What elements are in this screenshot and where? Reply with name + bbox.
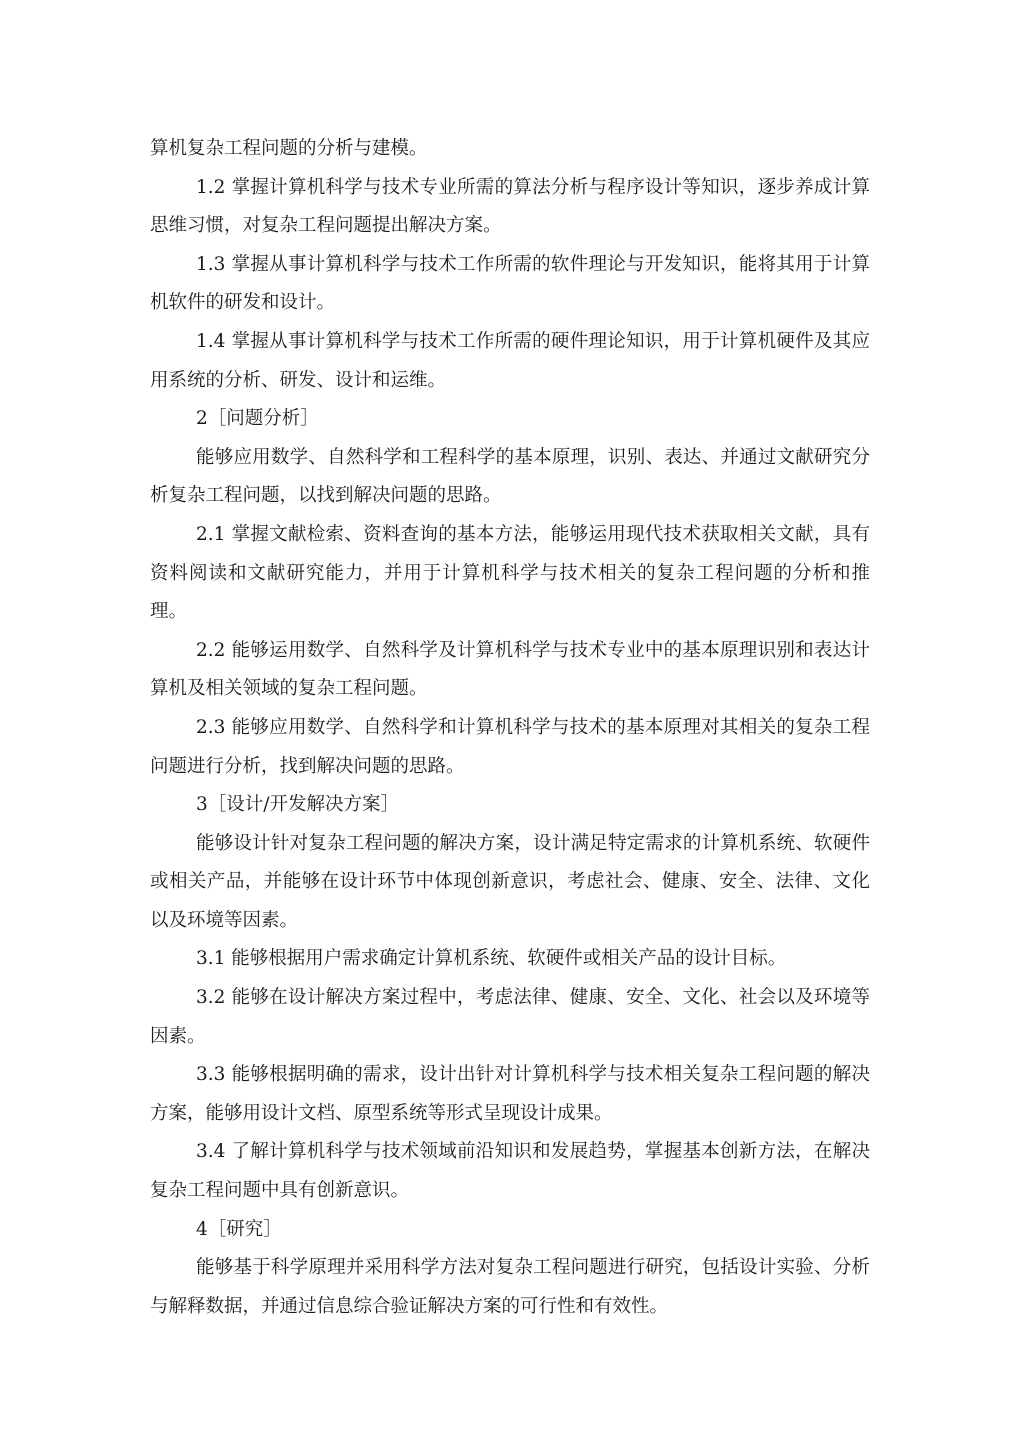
- paragraph-section-4-body: 能够基于科学原理并采用科学方法对复杂工程问题进行研究，包括设计实验、分析与解释数…: [150, 1249, 870, 1326]
- paragraph-item-3-1: 3.1 能够根据用户需求确定计算机系统、软硬件或相关产品的设计目标。: [150, 940, 870, 979]
- document-page: 算机复杂工程问题的分析与建模。 1.2 掌握计算机科学与技术专业所需的算法分析与…: [150, 130, 870, 1326]
- paragraph-item-1-3: 1.3 掌握从事计算机科学与技术工作所需的软件理论与开发知识，能将其用于计算机软…: [150, 246, 870, 323]
- section-heading-2: 2［问题分析］: [150, 400, 870, 439]
- paragraph-item-1-2: 1.2 掌握计算机科学与技术专业所需的算法分析与程序设计等知识，逐步养成计算思维…: [150, 169, 870, 246]
- section-heading-3: 3［设计/开发解决方案］: [150, 786, 870, 825]
- paragraph-item-3-4: 3.4 了解计算机科学与技术领域前沿知识和发展趋势，掌握基本创新方法，在解决复杂…: [150, 1133, 870, 1210]
- paragraph-continuation: 算机复杂工程问题的分析与建模。: [150, 130, 870, 169]
- paragraph-section-3-body: 能够设计针对复杂工程问题的解决方案，设计满足特定需求的计算机系统、软硬件或相关产…: [150, 825, 870, 941]
- paragraph-item-3-3: 3.3 能够根据明确的需求，设计出针对计算机科学与技术相关复杂工程问题的解决方案…: [150, 1056, 870, 1133]
- paragraph-section-2-body: 能够应用数学、自然科学和工程科学的基本原理，识别、表达、并通过文献研究分析复杂工…: [150, 439, 870, 516]
- paragraph-item-3-2: 3.2 能够在设计解决方案过程中，考虑法律、健康、安全、文化、社会以及环境等因素…: [150, 979, 870, 1056]
- paragraph-item-2-2: 2.2 能够运用数学、自然科学及计算机科学与技术专业中的基本原理识别和表达计算机…: [150, 632, 870, 709]
- paragraph-item-1-4: 1.4 掌握从事计算机科学与技术工作所需的硬件理论知识，用于计算机硬件及其应用系…: [150, 323, 870, 400]
- paragraph-item-2-1: 2.1 掌握文献检索、资料查询的基本方法，能够运用现代技术获取相关文献，具有资料…: [150, 516, 870, 632]
- paragraph-item-2-3: 2.3 能够应用数学、自然科学和计算机科学与技术的基本原理对其相关的复杂工程问题…: [150, 709, 870, 786]
- section-heading-4: 4［研究］: [150, 1211, 870, 1250]
